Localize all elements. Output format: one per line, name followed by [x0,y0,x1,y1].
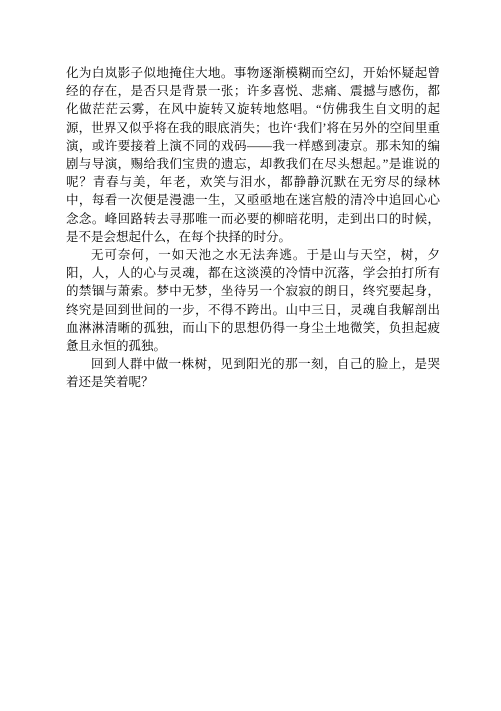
paragraph-2: 无可奈何，一如天池之水无法奔逃。于是山与天空，树，夕阳，人，人的心与灵魂，都在这… [66,246,440,355]
paragraph-continuation: 化为白岚影子似地掩住大地。事物逐渐模糊而空幻，开始怀疑起曾经的存在，是否只是背景… [66,64,440,246]
paragraph-3: 回到人群中做一株树，见到阳光的那一刻，自己的脸上，是哭着还是笑着呢？ [66,355,440,391]
document-page: 化为白岚影子似地掩住大地。事物逐渐模糊而空幻，开始怀疑起曾经的存在，是否只是背景… [0,0,501,711]
text-block: 化为白岚影子似地掩住大地。事物逐渐模糊而空幻，开始怀疑起曾经的存在，是否只是背景… [66,64,440,392]
